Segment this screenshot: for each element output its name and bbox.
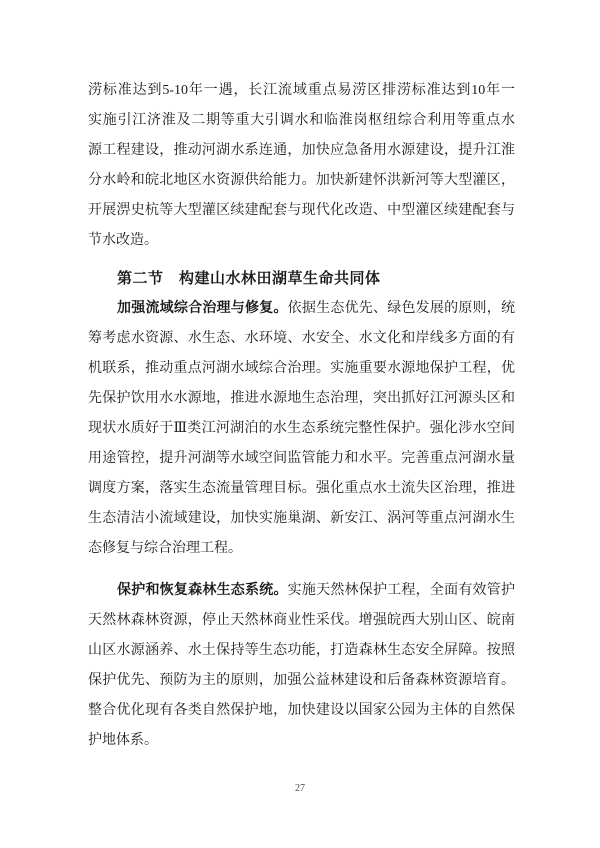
document-blocks: 涝标准达到5-10年一遇，长江流域重点易涝区排涝标准达到10年一遇。实施引江济淮… bbox=[88, 76, 515, 756]
bold-lead-text: 加强流域综合治理与修复。 bbox=[117, 301, 288, 316]
body-text: 护地体系。 bbox=[88, 733, 158, 748]
paragraph: 保护和恢复森林生态系统。实施天然林保护工程，全面有效管护天然林森林资源，停止天然… bbox=[88, 576, 515, 756]
body-text: 天然林森林资源，停止天然林商业性采伐。增强皖西大别山区、皖南 bbox=[88, 613, 515, 628]
body-text: 态修复与综合治理工程。 bbox=[88, 541, 242, 556]
paragraph: 加强流域综合治理与修复。依据生态优先、绿色发展的原则，统筹考虑水资源、水生态、水… bbox=[88, 294, 515, 564]
body-text: 分水岭和皖北地区水资源供给能力。加快新建怀洪新河等大型灌区， bbox=[88, 173, 515, 188]
text-line: 山区水源涵养、水土保持等生态功能，打造森林生态安全屏障。按照 bbox=[88, 636, 515, 666]
text-line: 用途管控，提升河湖等水域空间监管能力和水平。完善重点河湖水量 bbox=[88, 444, 515, 474]
body-text: 机联系，推动重点河湖水域综合治理。实施重要水源地保护工程，优 bbox=[88, 361, 515, 376]
paragraph: 涝标准达到5-10年一遇，长江流域重点易涝区排涝标准达到10年一遇。实施引江济淮… bbox=[88, 76, 515, 256]
bold-lead-text: 保护和恢复森林生态系统。 bbox=[117, 583, 288, 598]
document-page-content: 涝标准达到5-10年一遇，长江流域重点易涝区排涝标准达到10年一遇。实施引江济淮… bbox=[88, 76, 515, 756]
text-line: 整合优化现有各类自然保护地，加快建设以国家公园为主体的自然保 bbox=[88, 696, 515, 726]
text-line: 态修复与综合治理工程。 bbox=[88, 534, 515, 564]
body-text: 筹考虑水资源、水生态、水环境、水安全、水文化和岸线多方面的有 bbox=[88, 331, 515, 346]
body-text: 调度方案，落实生态流量管理目标。强化重点水土流失区治理，推进 bbox=[88, 481, 515, 496]
body-text: 先保护饮用水水源地，推进水源地生态治理，突出抓好江河源头区和 bbox=[88, 391, 515, 406]
text-line: 保护和恢复森林生态系统。实施天然林保护工程，全面有效管护 bbox=[88, 576, 515, 606]
text-line: 调度方案，落实生态流量管理目标。强化重点水土流失区治理，推进 bbox=[88, 474, 515, 504]
body-text: 实施引江济淮及二期等重大引调水和临淮岗枢纽综合利用等重点水 bbox=[88, 113, 515, 128]
text-line: 涝标准达到5-10年一遇，长江流域重点易涝区排涝标准达到10年一遇。 bbox=[88, 76, 515, 106]
body-text: 源工程建设，推动河湖水系连通，加快应急备用水源建设，提升江淮 bbox=[88, 143, 515, 158]
body-text: 整合优化现有各类自然保护地，加快建设以国家公园为主体的自然保 bbox=[88, 703, 515, 718]
text-line: 生态清洁小流域建设，加快实施巢湖、新安江、涡河等重点河湖水生 bbox=[88, 504, 515, 534]
text-line: 加强流域综合治理与修复。依据生态优先、绿色发展的原则，统 bbox=[88, 294, 515, 324]
body-text: 涝标准达到5-10年一遇，长江流域重点易涝区排涝标准达到10年一遇。 bbox=[88, 83, 515, 106]
page-footer: 27 bbox=[0, 783, 600, 795]
body-text: 实施天然林保护工程，全面有效管护 bbox=[288, 583, 515, 598]
body-text: 节水改造。 bbox=[88, 233, 158, 248]
text-line: 筹考虑水资源、水生态、水环境、水安全、水文化和岸线多方面的有 bbox=[88, 324, 515, 354]
body-text: 山区水源涵养、水土保持等生态功能，打造森林生态安全屏障。按照 bbox=[88, 643, 515, 658]
text-line: 护地体系。 bbox=[88, 726, 515, 756]
body-text: 依据生态优先、绿色发展的原则，统 bbox=[288, 301, 515, 316]
body-text: 开展淠史杭等大型灌区续建配套与现代化改造、中型灌区续建配套与 bbox=[88, 203, 515, 218]
body-text: 生态清洁小流域建设，加快实施巢湖、新安江、涡河等重点河湖水生 bbox=[88, 511, 515, 526]
body-text: 用途管控，提升河湖等水域空间监管能力和水平。完善重点河湖水量 bbox=[88, 451, 515, 466]
text-line: 先保护饮用水水源地，推进水源地生态治理，突出抓好江河源头区和 bbox=[88, 384, 515, 414]
text-line: 天然林森林资源，停止天然林商业性采伐。增强皖西大别山区、皖南 bbox=[88, 606, 515, 636]
text-line: 开展淠史杭等大型灌区续建配套与现代化改造、中型灌区续建配套与 bbox=[88, 196, 515, 226]
text-line: 实施引江济淮及二期等重大引调水和临淮岗枢纽综合利用等重点水 bbox=[88, 106, 515, 136]
text-line: 分水岭和皖北地区水资源供给能力。加快新建怀洪新河等大型灌区， bbox=[88, 166, 515, 196]
text-line: 现状水质好于Ⅲ类江河湖泊的水生态系统完整性保护。强化涉水空间 bbox=[88, 414, 515, 444]
text-line: 机联系，推动重点河湖水域综合治理。实施重要水源地保护工程，优 bbox=[88, 354, 515, 384]
text-line: 源工程建设，推动河湖水系连通，加快应急备用水源建设，提升江淮 bbox=[88, 136, 515, 166]
text-line: 节水改造。 bbox=[88, 226, 515, 256]
body-text: 现状水质好于Ⅲ类江河湖泊的水生态系统完整性保护。强化涉水空间 bbox=[88, 421, 515, 436]
page-number: 27 bbox=[295, 783, 305, 794]
section-heading: 第二节 构建山水林田湖草生命共同体 bbox=[88, 264, 515, 294]
body-text: 保护优先、预防为主的原则，加强公益林建设和后备森林资源培育。 bbox=[88, 673, 515, 688]
text-line: 保护优先、预防为主的原则，加强公益林建设和后备森林资源培育。 bbox=[88, 666, 515, 696]
